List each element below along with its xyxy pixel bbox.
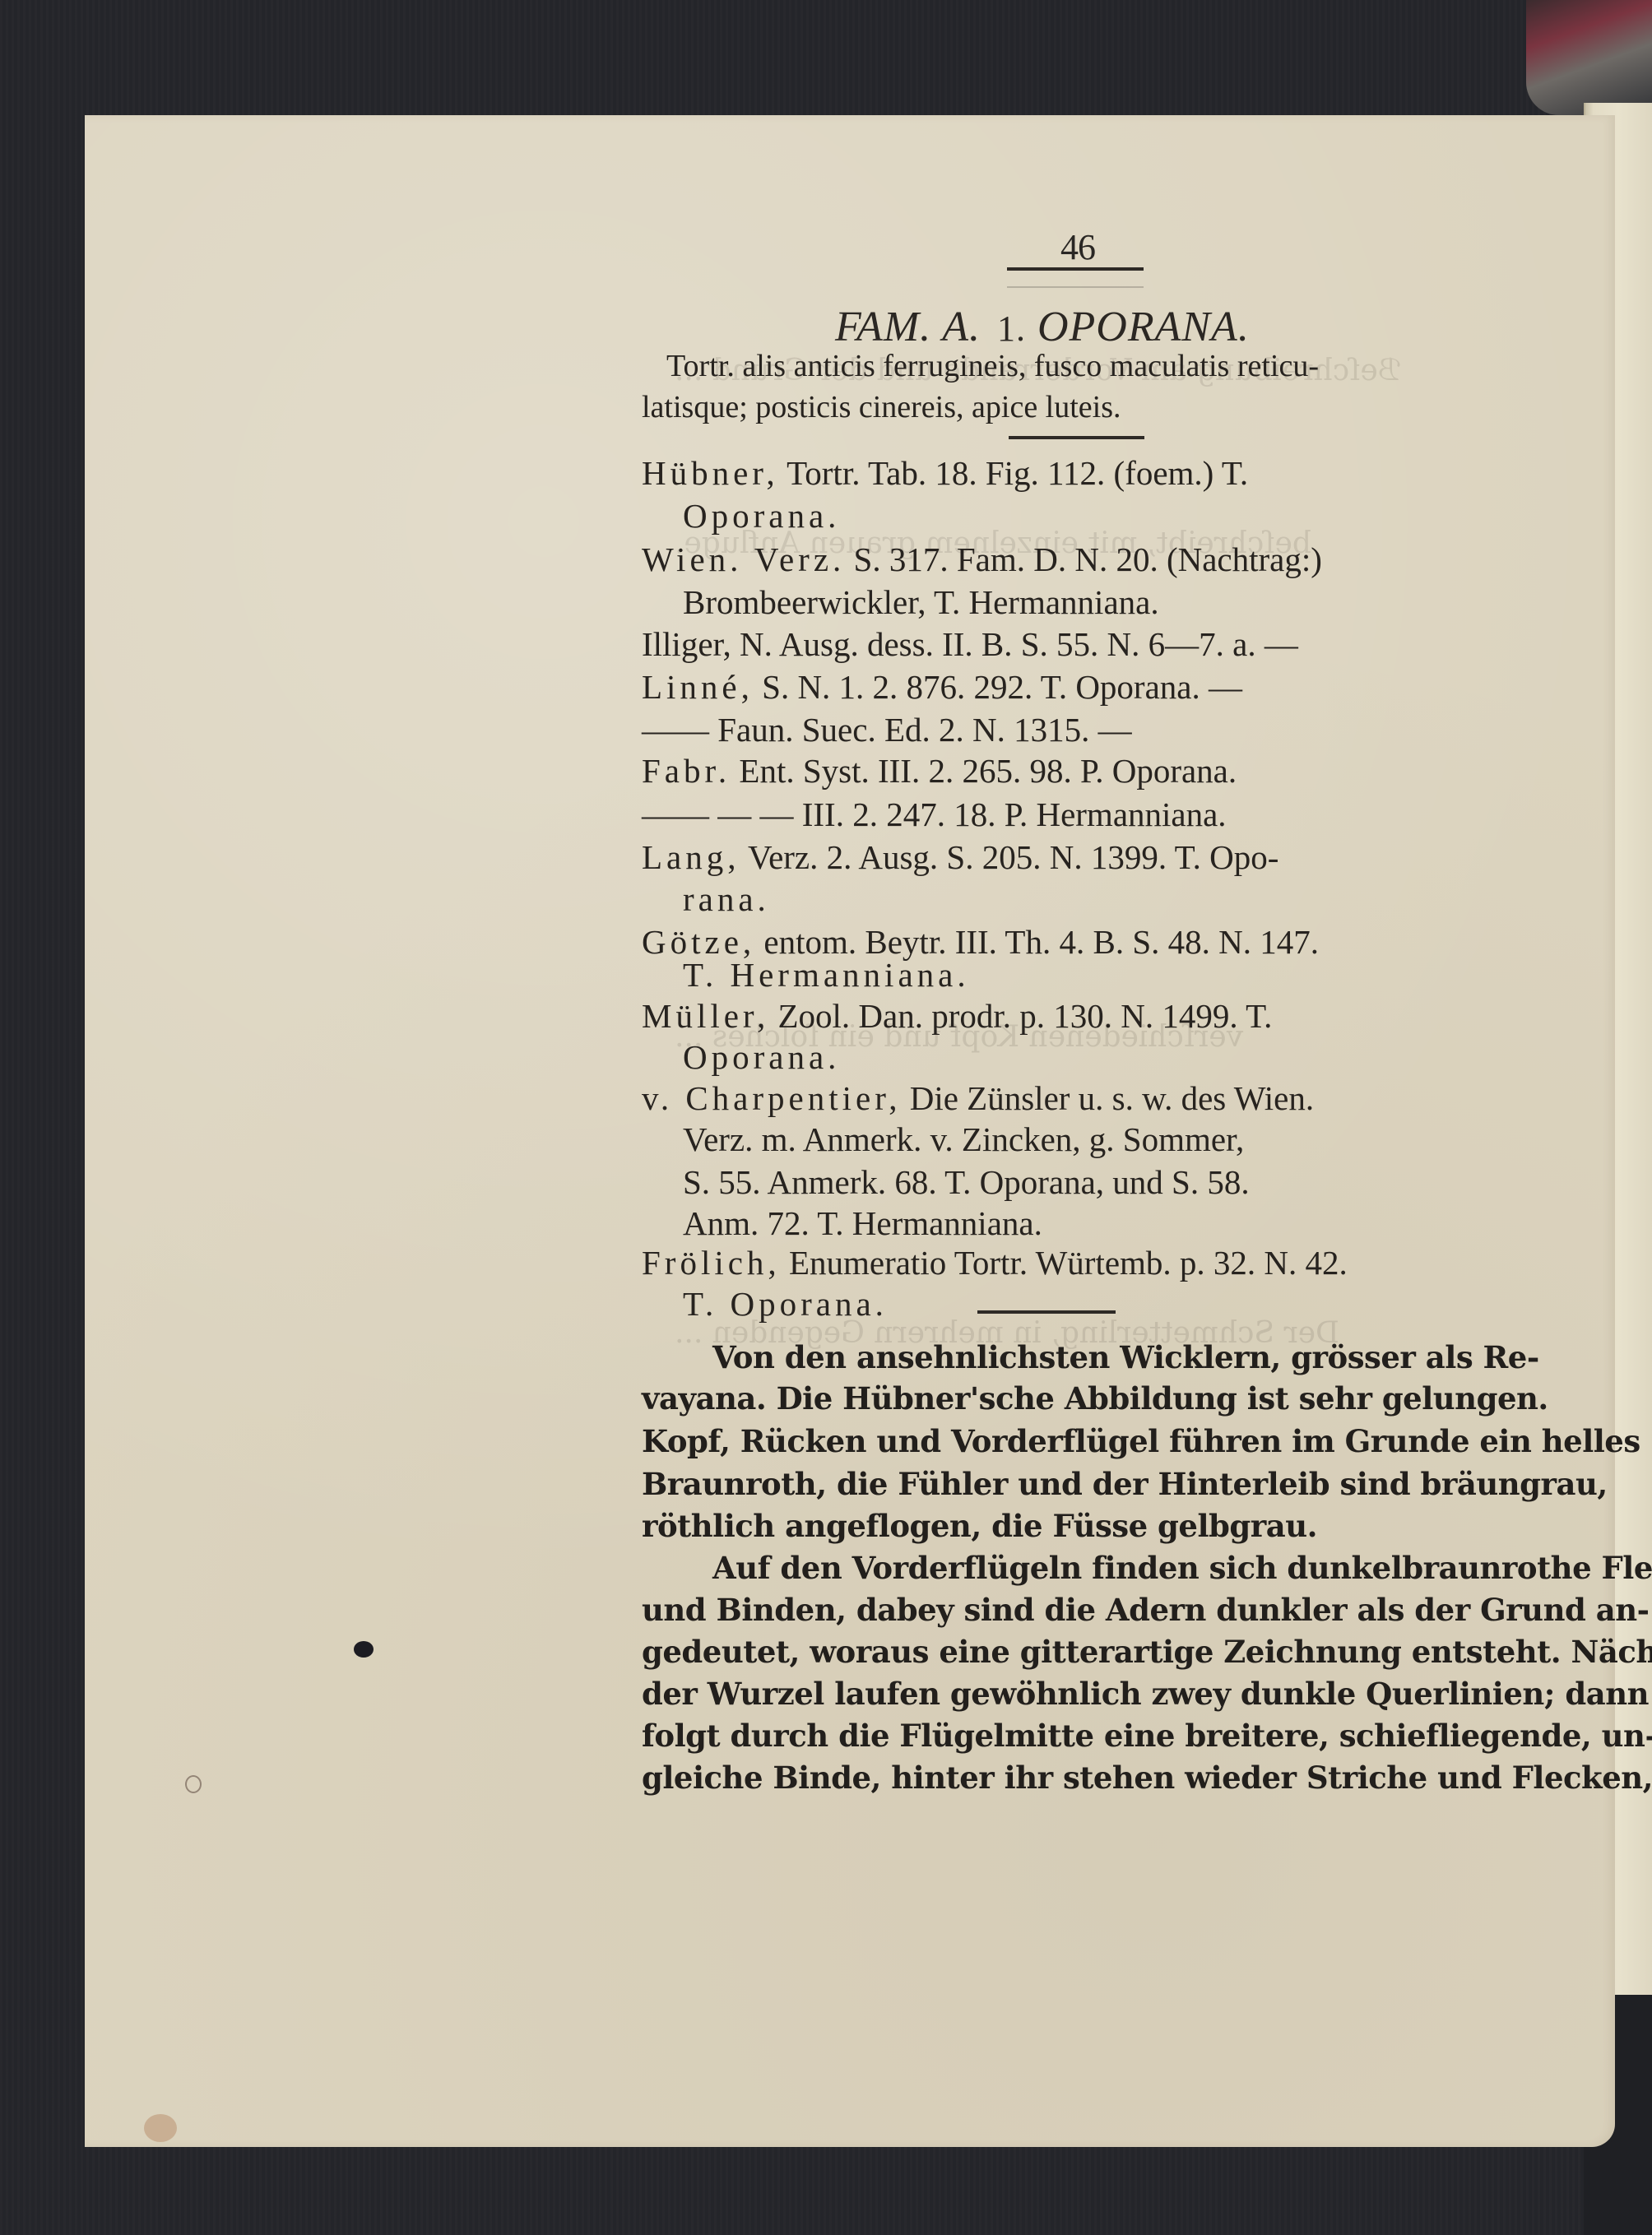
page-number-rule xyxy=(1007,267,1144,271)
body-line: Kopf, Rücken und Vorderflügel führen im … xyxy=(642,1421,1640,1462)
reference-entry: Hübner, Tortr. Tab. 18. Fig. 112. (foem.… xyxy=(642,452,1248,494)
reference-author: Müller, xyxy=(642,997,769,1035)
reference-text: Zool. Dan. prodr. p. 130. N. 1499. T. xyxy=(769,997,1272,1035)
species-index: 1. xyxy=(997,308,1026,349)
reference-entry: Anm. 72. T. Hermanniana. xyxy=(683,1203,1042,1244)
body-line: und Binden, dabey sind die Adern dunkler… xyxy=(642,1589,1649,1630)
reference-text: S. N. 1. 2. 876. 292. T. Oporana. — xyxy=(754,668,1242,706)
reference-author: Hübner, xyxy=(642,454,779,492)
reference-entry: Oporana. xyxy=(683,495,840,536)
body-line: vayana. Die Hübner'sche Abbildung ist se… xyxy=(642,1378,1548,1419)
reference-author: —— — — xyxy=(642,795,794,833)
reference-entry: Verz. m. Anmerk. v. Zincken, g. Sommer, xyxy=(683,1119,1244,1160)
reference-text: S. 317. Fam. D. N. 20. (Nachtrag:) xyxy=(845,540,1322,578)
reference-entry: T. Hermanniana. xyxy=(683,954,970,995)
reference-author: —— xyxy=(642,711,709,749)
paper-stain xyxy=(144,2114,177,2142)
reference-entry: Müller, Zool. Dan. prodr. p. 130. N. 149… xyxy=(642,995,1272,1036)
reference-text: Tortr. Tab. 18. Fig. 112. (foem.) T. xyxy=(779,454,1249,492)
reference-entry: —— — — III. 2. 247. 18. P. Hermanniana. xyxy=(642,794,1227,835)
body-line: gedeutet, woraus eine gitterartige Zeich… xyxy=(642,1631,1652,1672)
reference-entry: S. 55. Anmerk. 68. T. Oporana, und S. 58… xyxy=(683,1162,1250,1203)
body-line: Braunroth, die Fühler und der Hinterleib… xyxy=(642,1463,1608,1505)
reference-entry: Linné, S. N. 1. 2. 876. 292. T. Oporana.… xyxy=(642,666,1242,707)
body-line: gleiche Binde, hinter ihr stehen wieder … xyxy=(642,1757,1652,1798)
reference-entry: Oporana. xyxy=(683,1036,840,1078)
reference-author: Fabr. xyxy=(642,752,731,790)
reference-author: v. Charpentier, xyxy=(642,1079,901,1117)
reference-entry: Wien. Verz. S. 317. Fam. D. N. 20. (Nach… xyxy=(642,539,1322,580)
reference-author: Linné, xyxy=(642,668,754,706)
reference-text: Die Zünsler u. s. w. des Wien. xyxy=(901,1079,1314,1117)
family-label: FAM. A. xyxy=(835,304,981,350)
diagnosis-line: latisque; posticis cinereis, apice lutei… xyxy=(642,387,1121,428)
body-line: folgt durch die Flügelmitte eine breiter… xyxy=(642,1715,1652,1756)
reference-text: Enumeratio Tortr. Würtemb. p. 32. N. 42. xyxy=(781,1244,1348,1282)
page-number-rule-faint xyxy=(1007,286,1144,288)
reference-author: Wien. Verz. xyxy=(642,540,845,578)
reference-author: Illiger, xyxy=(642,625,731,663)
page-number: 46 xyxy=(1037,226,1119,268)
diagnosis-line: Tortr. alis anticis ferrugineis, fusco m… xyxy=(666,345,1319,387)
reference-entry: rana. xyxy=(683,879,770,920)
reference-entry: —— Faun. Suec. Ed. 2. N. 1315. — xyxy=(642,709,1132,750)
reference-text: III. 2. 247. 18. P. Hermanniana. xyxy=(794,795,1227,833)
section-rule xyxy=(977,1310,1116,1314)
reference-text: N. Ausg. dess. II. B. S. 55. N. 6—7. a. … xyxy=(731,625,1298,663)
pencil-mark xyxy=(185,1775,202,1793)
reference-entry: Frölich, Enumeratio Tortr. Würtemb. p. 3… xyxy=(642,1242,1348,1283)
reference-entry: Brombeerwickler, T. Hermanniana. xyxy=(683,582,1159,623)
section-rule xyxy=(1009,436,1144,439)
reference-text: Faun. Suec. Ed. 2. N. 1315. — xyxy=(709,711,1132,749)
species-name: OPORANA. xyxy=(1037,304,1250,350)
body-line: Von den ansehnlichsten Wicklern, grösser… xyxy=(712,1337,1539,1378)
ink-spot xyxy=(354,1641,374,1658)
reference-text: Ent. Syst. III. 2. 265. 98. P. Oporana. xyxy=(731,752,1237,790)
reference-entry: Illiger, N. Ausg. dess. II. B. S. 55. N.… xyxy=(642,624,1298,665)
body-line: Auf den Vorderflügeln finden sich dunkel… xyxy=(712,1547,1652,1588)
body-line: der Wurzel laufen gewöhnlich zwey dunkle… xyxy=(642,1673,1649,1714)
species-heading: FAM. A.1.OPORANA. xyxy=(835,303,1250,351)
reference-entry: T. Oporana. xyxy=(683,1283,888,1324)
reference-entry: Fabr. Ent. Syst. III. 2. 265. 98. P. Opo… xyxy=(642,750,1237,791)
reference-entry: v. Charpentier, Die Zünsler u. s. w. des… xyxy=(642,1078,1314,1119)
reference-author: Frölich, xyxy=(642,1244,781,1282)
reference-entry: Lang, Verz. 2. Ausg. S. 205. N. 1399. T.… xyxy=(642,837,1278,878)
book-binding-edge xyxy=(1526,0,1652,115)
body-line: röthlich angeflogen, die Füsse gelbgrau. xyxy=(642,1505,1317,1546)
reference-text: Verz. 2. Ausg. S. 205. N. 1399. T. Opo- xyxy=(740,838,1279,876)
reference-author: Lang, xyxy=(642,838,740,876)
